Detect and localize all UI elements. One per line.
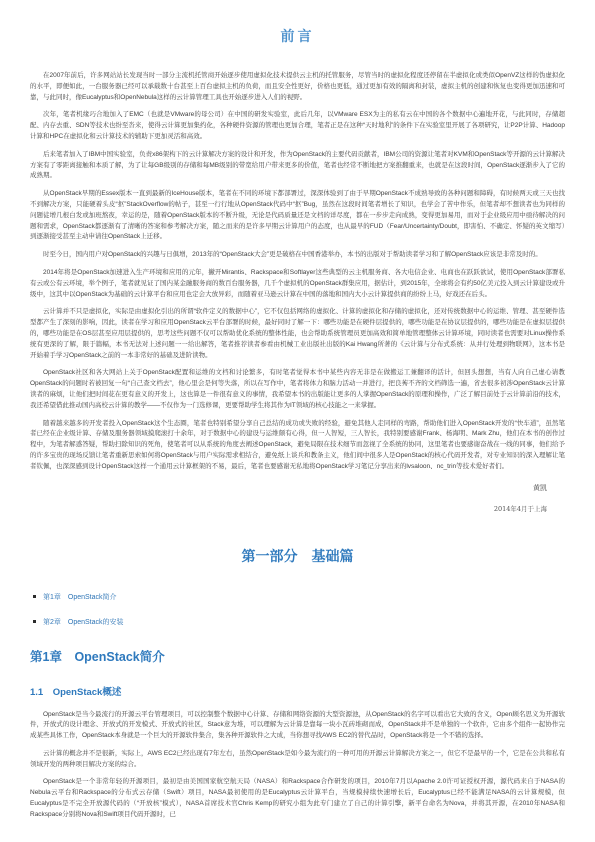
chapter-title: 第1章 OpenStack简介 <box>30 647 565 665</box>
preface-paragraph: 云计算并不只是虚拟化，实际是由虚拟化引出的所谓“软件定义的数据中心”，它不仅包括… <box>30 307 565 361</box>
preface-paragraph: 后来笔者加入了IBM中国实验室，负责x86架构下的云计算解决方案的设计和开发，作… <box>30 150 565 182</box>
preface-paragraph: 次年，笔者机缘巧合地加入了EMC（也就是VMware的母公司）在中国的研发实验室… <box>30 110 565 142</box>
part-toc: 第1章 OpenStack简介 第2章 OpenStack的安装 <box>30 592 565 627</box>
section-paragraph: OpenStack是一个非常年轻的开源项目，最初是由美国国家航空航天局（NASA… <box>30 777 565 820</box>
toc-item-chapter-2[interactable]: 第2章 OpenStack的安装 <box>33 617 565 627</box>
document-page: 前言 在2007年前后，许多网站站长发现当时一部分主流机托管商开始逐步使用虚拟化… <box>0 0 595 842</box>
preface-title: 前言 <box>30 26 565 46</box>
toc-item-label: 第2章 OpenStack的安装 <box>43 617 124 627</box>
signature-block: 黄凯 2014年4月于上海 <box>30 483 565 513</box>
preface-paragraph: 在2007年前后，许多网站站长发现当时一部分主流机托管商开始逐步使用虚拟化技术提… <box>30 71 565 103</box>
square-bullet-icon <box>33 595 36 598</box>
toc-item-chapter-1[interactable]: 第1章 OpenStack简介 <box>33 592 565 602</box>
preface-paragraph: OpenStack社区和各大网站上关于OpenStack配置和运维的文档和讨论繁… <box>30 368 565 411</box>
part-title: 第一部分 基础篇 <box>30 546 565 566</box>
square-bullet-icon <box>33 620 36 623</box>
preface-paragraph: 随着越来越多的开发者投入OpenStack这个生态圈，笔者也特别希望分享自己总结… <box>30 419 565 473</box>
signature-date: 2014年4月于上海 <box>30 504 547 513</box>
section-title: 1.1 OpenStack概述 <box>30 684 565 698</box>
preface-paragraph: 从OpenStack早期的Essex版本一直到最新的IceHouse版本，笔者在… <box>30 189 565 243</box>
section-paragraph: 云计算的概念并不是很新，实际上，AWS EC2已经出现有7年左右，虽然OpenS… <box>30 749 565 771</box>
section-paragraph: OpenStack是当今最流行的开源云平台管理项目，可以控制整个数据中心计算、存… <box>30 710 565 742</box>
signature-author: 黄凯 <box>30 483 547 493</box>
preface-paragraph: 时至今日，国内用户对OpenStack的兴趣与日俱增，2013年的“OpenSt… <box>30 250 565 261</box>
toc-item-label: 第1章 OpenStack简介 <box>43 592 117 602</box>
preface-paragraph: 2014年将是OpenStack加速进入生产环境和应用的元年，撇开Miranti… <box>30 268 565 300</box>
